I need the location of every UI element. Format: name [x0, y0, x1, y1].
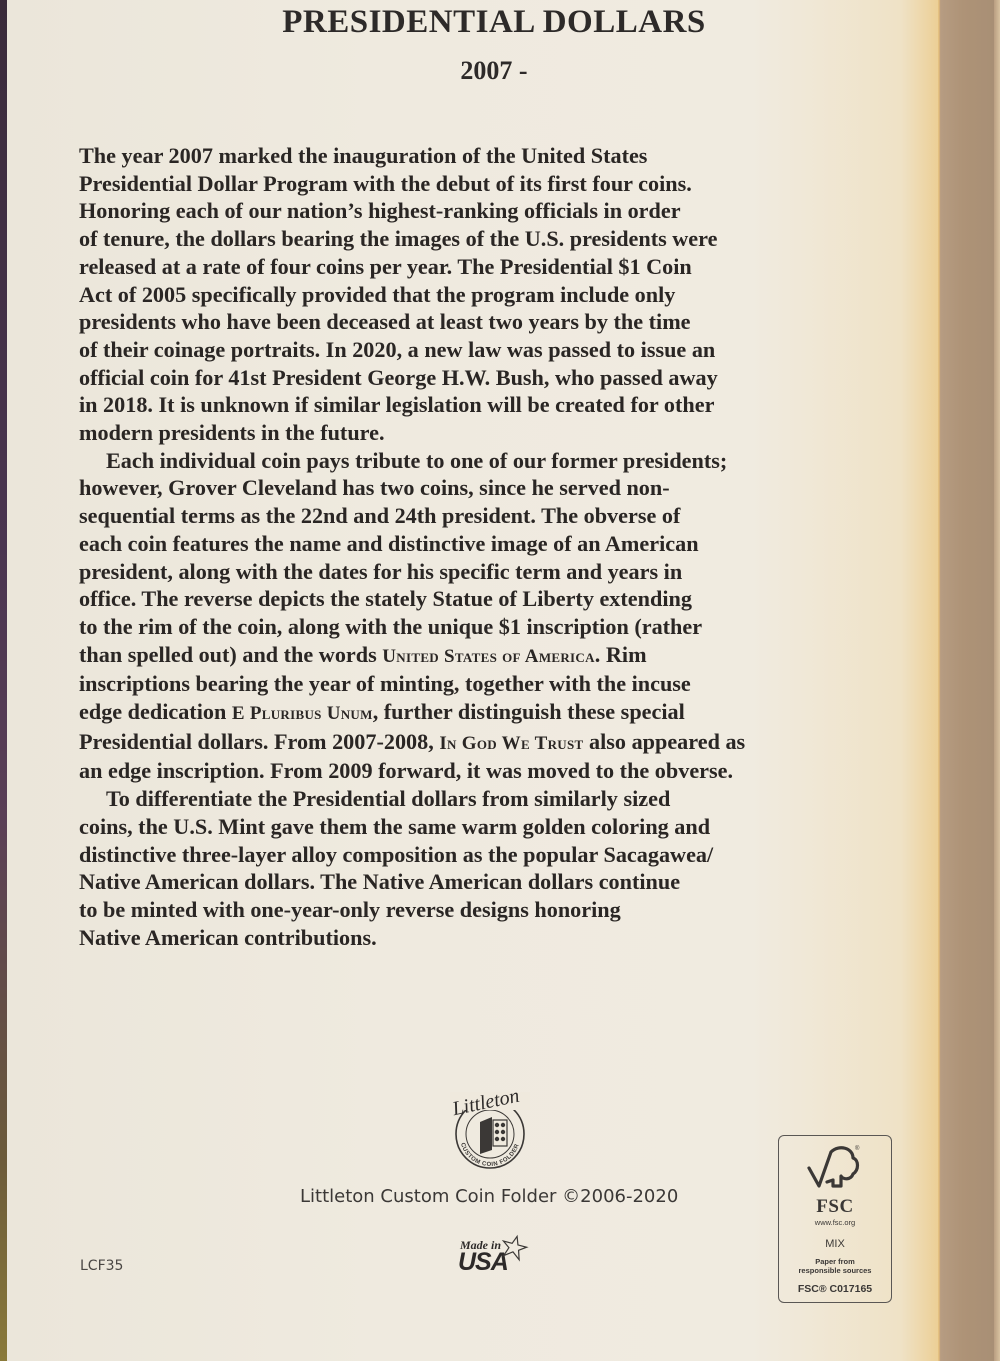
folder-right-edge — [938, 0, 1000, 1361]
fsc-description-line: responsible sources — [779, 1266, 891, 1275]
text-line: than spelled out) and the words United S… — [79, 641, 909, 671]
text-line: Act of 2005 specifically provided that t… — [79, 281, 909, 309]
body-text: The year 2007 marked the inauguration of… — [79, 142, 909, 951]
text-line: distinctive three-layer alloy compositio… — [79, 841, 909, 869]
text-line: official coin for 41st President George … — [79, 364, 909, 392]
text-run: edge dedication — [79, 699, 232, 724]
text-run: , further distinguish these special — [373, 699, 685, 724]
text-line: modern presidents in the future. — [79, 419, 909, 447]
text-line: each coin features the name and distinct… — [79, 530, 909, 558]
text-line: office. The reverse depicts the stately … — [79, 585, 909, 613]
text-line: Native American dollars. The Native Amer… — [79, 868, 909, 896]
text-line: Presidential Dollar Program with the deb… — [79, 170, 909, 198]
fsc-url: www.fsc.org — [779, 1218, 891, 1227]
text-line: Honoring each of our nation’s highest-ra… — [79, 197, 909, 225]
page-title: PRESIDENTIAL DOLLARS — [0, 4, 988, 41]
fsc-description-line: Paper from — [779, 1257, 891, 1266]
text-line: The year 2007 marked the inauguration of… — [79, 142, 909, 170]
text-run: than spelled out) and the words — [79, 642, 382, 667]
svg-text:®: ® — [855, 1145, 860, 1152]
small-caps-run: E Pluribus Unum — [232, 703, 373, 724]
fsc-certification-badge: ® FSC www.fsc.org MIX Paper from respons… — [778, 1135, 892, 1303]
text-line: Each individual coin pays tribute to one… — [79, 447, 909, 475]
product-code: LCF35 — [80, 1258, 123, 1274]
text-line: coins, the U.S. Mint gave them the same … — [79, 813, 909, 841]
text-line: edge dedication E Pluribus Unum, further… — [79, 698, 909, 728]
svg-text:Littleton: Littleton — [450, 1085, 522, 1121]
text-run: Presidential dollars. From 2007-2008, — [79, 729, 439, 754]
text-line: president, along with the dates for his … — [79, 558, 909, 586]
fsc-description: Paper from responsible sources — [779, 1257, 891, 1275]
text-line: To differentiate the Presidential dollar… — [79, 785, 909, 813]
small-caps-run: United States of America — [382, 646, 595, 667]
star-icon — [500, 1234, 532, 1262]
copyright-caption: Littleton Custom Coin Folder ©2006-2020 — [300, 1186, 680, 1207]
littleton-logo-icon: CUSTOM COIN FOLDER Littleton — [438, 1082, 538, 1172]
folder-left-edge — [0, 0, 7, 1361]
text-line: released at a rate of four coins per yea… — [79, 253, 909, 281]
page-subtitle: 2007 - — [0, 56, 988, 86]
text-line: inscriptions bearing the year of minting… — [79, 670, 909, 698]
text-line: of tenure, the dollars bearing the image… — [79, 225, 909, 253]
text-run: . Rim — [595, 642, 647, 667]
text-line: to the rim of the coin, along with the u… — [79, 613, 909, 641]
text-line: Native American contributions. — [79, 924, 909, 952]
text-line: presidents who have been deceased at lea… — [79, 308, 909, 336]
fsc-tree-checkmark-icon: ® — [805, 1142, 865, 1194]
fsc-wordmark: FSC — [779, 1196, 891, 1218]
text-line: sequential terms as the 22nd and 24th pr… — [79, 502, 909, 530]
text-line: in 2018. It is unknown if similar legisl… — [79, 391, 909, 419]
text-line: an edge inscription. From 2009 forward, … — [79, 757, 909, 785]
made-in-usa-badge: Made in USA — [456, 1234, 536, 1280]
text-line: of their coinage portraits. In 2020, a n… — [79, 336, 909, 364]
text-line: to be minted with one-year-only reverse … — [79, 896, 909, 924]
small-caps-run: In God We Trust — [439, 733, 583, 754]
text-line: Presidential dollars. From 2007-2008, In… — [79, 728, 909, 758]
text-line: however, Grover Cleveland has two coins,… — [79, 474, 909, 502]
fsc-license-code: FSC® C017165 — [779, 1283, 891, 1295]
fsc-mix-label: MIX — [779, 1238, 891, 1250]
text-run: also appeared as — [583, 729, 745, 754]
